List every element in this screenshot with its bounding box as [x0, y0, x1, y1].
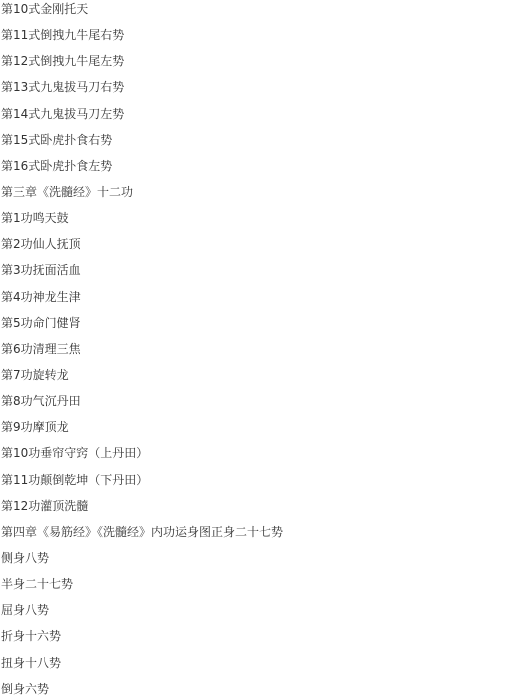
- list-item: 第2功仙人抚顶: [1, 231, 505, 257]
- list-item: 第13式九鬼拔马刀右势: [1, 74, 505, 100]
- document-body: 第10式金刚托天 第11式倒拽九牛尾右势 第12式倒拽九牛尾左势 第13式九鬼拔…: [1, 0, 505, 698]
- list-item: 第8功气沉丹田: [1, 388, 505, 414]
- list-item: 第9功摩顶龙: [1, 414, 505, 440]
- list-item: 第16式卧虎扑食左势: [1, 153, 505, 179]
- list-item: 第11式倒拽九牛尾右势: [1, 22, 505, 48]
- list-item: 第12功灌顶洗髓: [1, 493, 505, 519]
- list-item: 第12式倒拽九牛尾左势: [1, 48, 505, 74]
- list-item: 第15式卧虎扑食右势: [1, 127, 505, 153]
- list-item: 第4功神龙生津: [1, 284, 505, 310]
- list-item: 第10功垂帘守窍（上丹田）: [1, 440, 505, 466]
- list-item: 扭身十八势: [1, 650, 505, 676]
- list-item: 第10式金刚托天: [1, 0, 505, 22]
- list-item: 第7功旋转龙: [1, 362, 505, 388]
- list-item: 半身二十七势: [1, 571, 505, 597]
- list-item: 侧身八势: [1, 545, 505, 571]
- list-item: 第1功鸣天鼓: [1, 205, 505, 231]
- list-item: 第5功命门健肾: [1, 310, 505, 336]
- list-item: 第6功清理三焦: [1, 336, 505, 362]
- chapter-heading: 第三章《洗髓经》十二功: [1, 179, 505, 205]
- list-item: 屈身八势: [1, 597, 505, 623]
- list-item: 第3功抚面活血: [1, 257, 505, 283]
- chapter-heading: 第四章《易筋经》《洗髓经》内功运身图正身二十七势: [1, 519, 505, 545]
- list-item: 倒身六势: [1, 676, 505, 698]
- list-item: 第14式九鬼拔马刀左势: [1, 101, 505, 127]
- list-item: 第11功颠倒乾坤（下丹田）: [1, 467, 505, 493]
- list-item: 折身十六势: [1, 623, 505, 649]
